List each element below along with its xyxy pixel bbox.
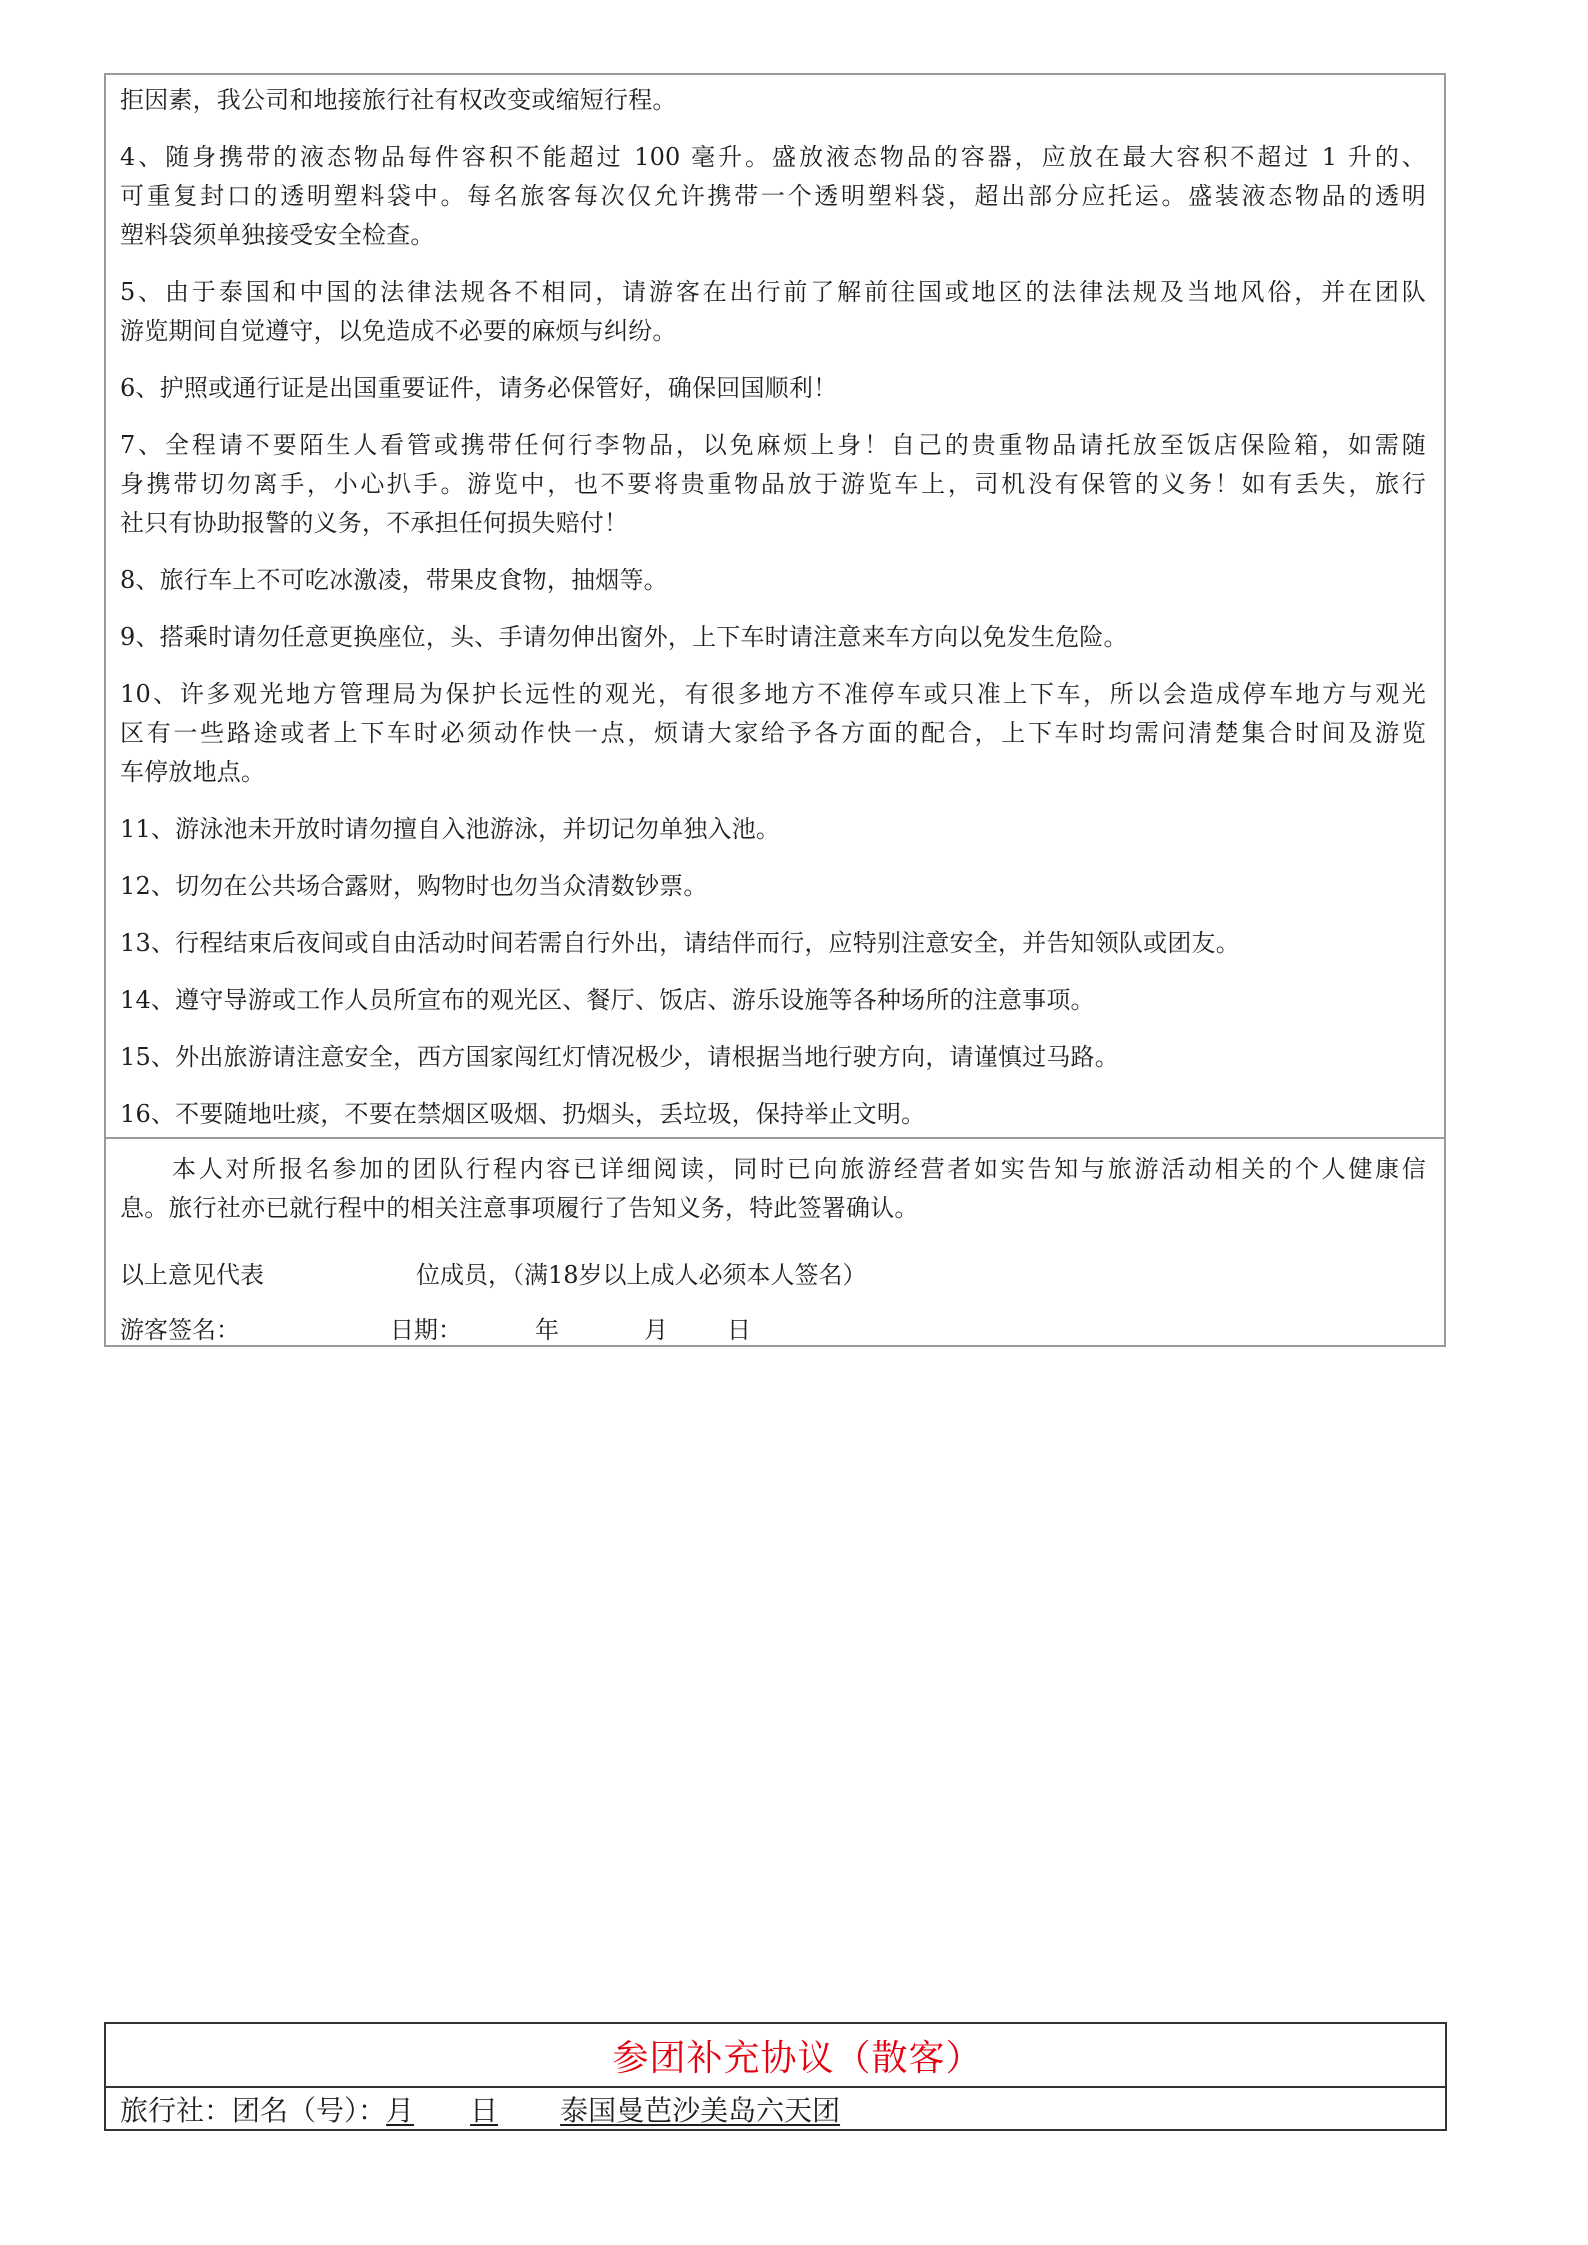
note-line: 15、外出旅游请注意安全，西方国家闯红灯情况极少，请根据当地行驶方向，请谨慎过马…: [120, 1038, 1426, 1077]
note-line: 6、护照或通行证是出国重要证件，请务必保管好，确保回国顺利！: [120, 369, 1426, 408]
note-item: 6、护照或通行证是出国重要证件，请务必保管好，确保回国顺利！: [120, 369, 1426, 408]
note-line: 车停放地点。: [120, 753, 1426, 792]
representative-row: 以上意见代表 位成员，（满18岁以上成人必须本人签名）: [120, 1256, 1426, 1295]
note-line: 区有一些路途或者上下车时必须动作快一点，烦请大家给予各方面的配合，上下车时均需问…: [120, 714, 1426, 753]
note-line: 5、由于泰国和中国的法律法规各不相同，请游客在出行前了解前往国或地区的法律法规及…: [120, 273, 1426, 312]
note-item: 14、遵守导游或工作人员所宣布的观光区、餐厅、饭店、游乐设施等各种场所的注意事项…: [120, 981, 1426, 1020]
signature-row: 游客签名： 日期： 年 月 日: [120, 1311, 1426, 1350]
group-day: 日: [470, 2094, 498, 2127]
note-item: 7、全程请不要陌生人看管或携带任何行李物品，以免麻烦上身！自己的贵重物品请托放至…: [120, 426, 1426, 543]
supplementary-agreement-table: 参团补充协议（散客） 旅行社： 团名（号）： 月日泰国曼芭沙美岛六天团: [104, 2022, 1447, 2131]
note-item: 5、由于泰国和中国的法律法规各不相同，请游客在出行前了解前往国或地区的法律法规及…: [120, 273, 1426, 351]
note-line: 8、旅行车上不可吃冰激凌，带果皮食物，抽烟等。: [120, 561, 1426, 600]
representative-prefix: 以上意见代表: [120, 1256, 264, 1295]
declaration-line-2: 息。旅行社亦已就行程中的相关注意事项履行了告知义务，特此签署确认。: [120, 1189, 1426, 1228]
group-label: 团名（号）：: [232, 2089, 386, 2129]
day-label: 日: [727, 1311, 751, 1350]
note-line: 16、不要随地吐痰，不要在禁烟区吸烟、扔烟头，丢垃圾，保持举止文明。: [120, 1095, 1426, 1134]
section-divider: [106, 1137, 1444, 1139]
declaration-line-1: 本人对所报名参加的团队行程内容已详细阅读，同时已向旅游经营者如实告知与旅游活动相…: [120, 1150, 1426, 1189]
note-item: 16、不要随地吐痰，不要在禁烟区吸烟、扔烟头，丢垃圾，保持举止文明。: [120, 1095, 1426, 1134]
note-line: 13、行程结束后夜间或自由活动时间若需自行外出，请结伴而行，应特别注意安全，并告…: [120, 924, 1426, 963]
agency-label: 旅行社：: [120, 2089, 232, 2129]
notes-list: 拒因素，我公司和地接旅行社有权改变或缩短行程。 4、随身携带的液态物品每件容积不…: [120, 75, 1426, 1134]
group-name: 泰国曼芭沙美岛六天团: [560, 2094, 840, 2127]
note-item: 10、许多观光地方管理局为保护长远性的观光，有很多地方不准停车或只准上下车，所以…: [120, 675, 1426, 792]
note-line: 7、全程请不要陌生人看管或携带任何行李物品，以免麻烦上身！自己的贵重物品请托放至…: [120, 426, 1426, 465]
note-line: 9、搭乘时请勿任意更换座位，头、手请勿伸出窗外，上下车时请注意来车方向以免发生危…: [120, 618, 1426, 657]
representative-suffix: 位成员，（满18岁以上成人必须本人签名）: [416, 1256, 867, 1295]
note-continuation: 拒因素，我公司和地接旅行社有权改变或缩短行程。: [120, 81, 1426, 120]
year-label: 年: [535, 1311, 559, 1350]
agreement-title-row: 参团补充协议（散客）: [106, 2024, 1445, 2088]
notes-frame: 拒因素，我公司和地接旅行社有权改变或缩短行程。 4、随身携带的液态物品每件容积不…: [104, 73, 1446, 1347]
signature-label: 游客签名：: [120, 1311, 240, 1350]
note-line: 身携带切勿离手，小心扒手。游览中，也不要将贵重物品放于游览车上，司机没有保管的义…: [120, 465, 1426, 504]
note-line: 塑料袋须单独接受安全检查。: [120, 216, 1426, 255]
note-line: 11、游泳池未开放时请勿擅自入池游泳，并切记勿单独入池。: [120, 810, 1426, 849]
note-line: 4、随身携带的液态物品每件容积不能超过 100 毫升。盛放液态物品的容器，应放在…: [120, 138, 1426, 177]
group-field: 月日泰国曼芭沙美岛六天团: [386, 2089, 840, 2129]
group-month: 月: [386, 2094, 414, 2127]
note-line: 可重复封口的透明塑料袋中。每名旅客每次仅允许携带一个透明塑料袋，超出部分应托运。…: [120, 177, 1426, 216]
note-item: 15、外出旅游请注意安全，西方国家闯红灯情况极少，请根据当地行驶方向，请谨慎过马…: [120, 1038, 1426, 1077]
note-item: 13、行程结束后夜间或自由活动时间若需自行外出，请结伴而行，应特别注意安全，并告…: [120, 924, 1426, 963]
note-item: 11、游泳池未开放时请勿擅自入池游泳，并切记勿单独入池。: [120, 810, 1426, 849]
declaration: 本人对所报名参加的团队行程内容已详细阅读，同时已向旅游经营者如实告知与旅游活动相…: [120, 1150, 1426, 1228]
note-item: 4、随身携带的液态物品每件容积不能超过 100 毫升。盛放液态物品的容器，应放在…: [120, 138, 1426, 255]
agreement-title: 参团补充协议（散客）: [568, 2030, 982, 2081]
note-line: 社只有协助报警的义务，不承担任何损失赔付！: [120, 504, 1426, 543]
note-line: 游览期间自觉遵守，以免造成不必要的麻烦与纠纷。: [120, 312, 1426, 351]
note-line: 12、切勿在公共场合露财，购物时也勿当众清数钞票。: [120, 867, 1426, 906]
note-line: 10、许多观光地方管理局为保护长远性的观光，有很多地方不准停车或只准上下车，所以…: [120, 675, 1426, 714]
date-label: 日期：: [390, 1311, 462, 1350]
agreement-info-row: 旅行社： 团名（号）： 月日泰国曼芭沙美岛六天团: [106, 2088, 1445, 2129]
note-item: 9、搭乘时请勿任意更换座位，头、手请勿伸出窗外，上下车时请注意来车方向以免发生危…: [120, 618, 1426, 657]
month-label: 月: [644, 1311, 668, 1350]
note-item: 12、切勿在公共场合露财，购物时也勿当众清数钞票。: [120, 867, 1426, 906]
note-line: 14、遵守导游或工作人员所宣布的观光区、餐厅、饭店、游乐设施等各种场所的注意事项…: [120, 981, 1426, 1020]
note-item: 8、旅行车上不可吃冰激凌，带果皮食物，抽烟等。: [120, 561, 1426, 600]
note-line: 拒因素，我公司和地接旅行社有权改变或缩短行程。: [120, 81, 1426, 120]
